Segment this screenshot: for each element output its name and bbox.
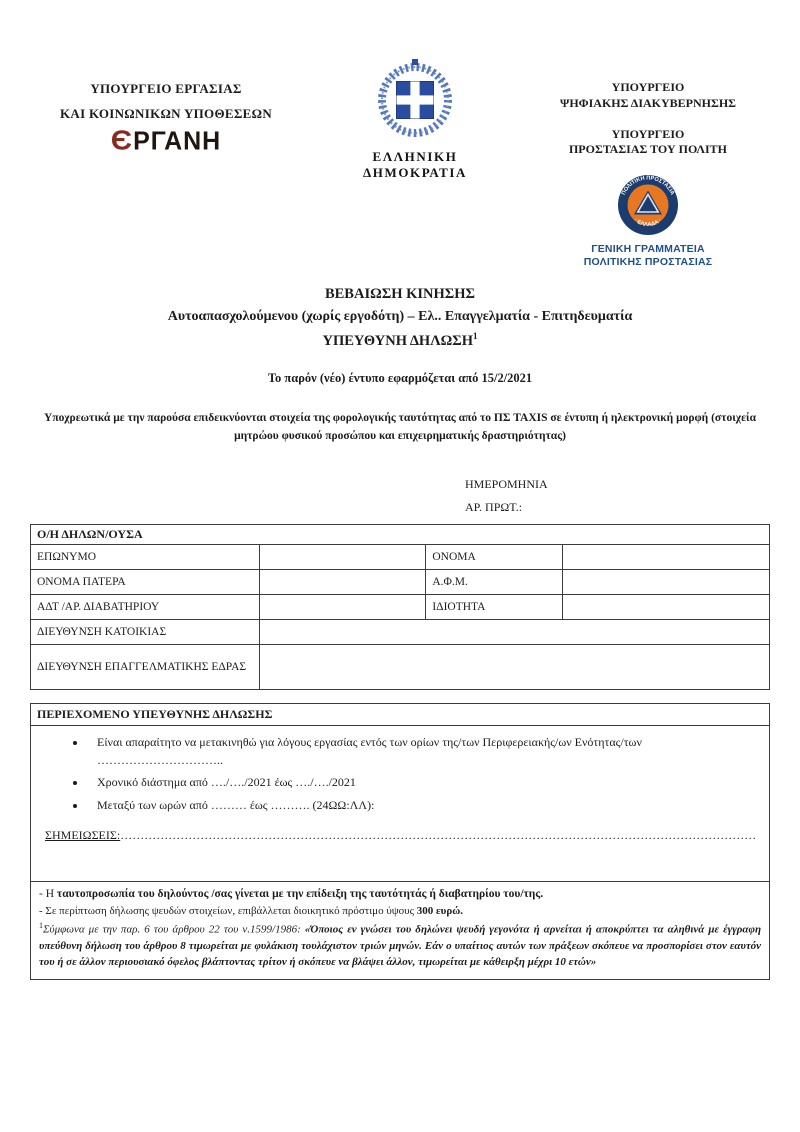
civil-protection-emblem-icon: ΠΟΛΙΤΙΚΗ ΠΡΟΣΤΑΣΙΑ · ΕΛΛΑΔΑ ·	[617, 174, 679, 236]
footnote-fine: - Σε περίπτωση δήλωσης ψευδών στοιχείων,…	[39, 903, 761, 920]
meta-block: ΗΜΕΡΟΜΗΝΙΑ ΑΡ. ΠΡΩΤ.:	[465, 473, 800, 520]
field-afm-label: Α.Φ.Μ.	[426, 570, 563, 595]
table-row: Ο/Η ΔΗΛΩΝ/ΟΥΣΑ	[31, 525, 770, 545]
document-header: ΥΠΟΥΡΓΕΙΟ ΕΡΓΑΣΙΑΣ ΚΑΙ ΚΟΙΝΩΝΙΚΩΝ ΥΠΟΘΕΣ…	[0, 0, 800, 268]
ministries-right-block: ΥΠΟΥΡΓΕΙΟ ΨΗΦΙΑΚΗΣ ΔΙΑΚΥΒΕΡΝΗΣΗΣ ΥΠΟΥΡΓΕ…	[540, 80, 756, 158]
title-footnote-ref: 1	[473, 331, 478, 341]
cp-caption-line2: ΠΟΛΙΤΙΚΗΣ ΠΡΟΣΤΑΣΙΑΣ	[540, 256, 756, 269]
hellenic-republic-caption: ΕΛΛΗΝΙΚΗ ΔΗΜΟΚΡΑΤΙΑ	[330, 149, 500, 181]
field-capacity-label: ΙΔΙΟΤΗΤΑ	[426, 595, 563, 620]
cp-caption-line1: ΓΕΝΙΚΗ ΓΡΑΜΜΑΤΕΙΑ	[540, 243, 756, 256]
ergani-logo-icon: Є	[111, 127, 132, 155]
ministry-labour-line1: ΥΠΟΥΡΓΕΙΟ ΕΡΓΑΣΙΑΣ	[52, 76, 280, 101]
field-afm-input[interactable]	[563, 570, 770, 595]
title-line1: ΒΕΒΑΙΩΣΗ ΚΙΝΗΣΗΣ	[0, 286, 800, 303]
bullet-time-period: Χρονικό διάστημα από …./…./2021 έως …./……	[87, 774, 757, 791]
bullet-hours: Μεταξύ των ωρών από ……… έως ………. (24ΩΩ:Λ…	[87, 797, 757, 814]
ministry-labour-block: ΥΠΟΥΡΓΕΙΟ ΕΡΓΑΣΙΑΣ ΚΑΙ ΚΟΙΝΩΝΙΚΩΝ ΥΠΟΘΕΣ…	[52, 76, 280, 126]
protocol-label: ΑΡ. ΠΡΩΤ.:	[465, 496, 800, 519]
declaration-content-box: ΠΕΡΙΕΧΟΜΕΝΟ ΥΠΕΥΘΥΝΗΣ ΔΗΛΩΣΗΣ Είναι απαρ…	[30, 703, 770, 882]
title-line2: Αυτοαπασχολούμενου (χωρίς εργοδότη) – Ελ…	[0, 309, 800, 325]
civil-protection-caption: ΓΕΝΙΚΗ ΓΡΑΜΜΑΤΕΙΑ ΠΟΛΙΤΙΚΗΣ ΠΡΟΣΤΑΣΙΑΣ	[540, 243, 756, 269]
field-name-input[interactable]	[563, 545, 770, 570]
field-capacity-input[interactable]	[563, 595, 770, 620]
field-business-address-input[interactable]	[260, 645, 770, 690]
ministry-citizen-line2: ΠΡΟΣΤΑΣΙΑΣ ΤΟΥ ΠΟΛΙΤΗ	[540, 142, 756, 158]
notes-label: ΣΗΜΕΙΩΣΕΙΣ:	[45, 828, 120, 842]
document-page: { "page": { "header": { "ministry_labour…	[0, 0, 800, 1132]
greek-national-emblem-icon	[373, 58, 457, 142]
bullet-movement-reason: Είναι απαραίτητο να μετακινηθώ για λόγου…	[87, 734, 757, 769]
footnote-law: 1Σύμφωνα με την παρ. 6 του άρθρου 22 του…	[39, 920, 761, 971]
table-row: ΑΔΤ /ΑΡ. ΔΙΑΒΑΤΗΡΙΟΥ ΙΔΙΟΤΗΤΑ	[31, 595, 770, 620]
field-father-name-input[interactable]	[260, 570, 426, 595]
ministry-labour-line2: ΚΑΙ ΚΟΙΝΩΝΙΚΩΝ ΥΠΟΘΕΣΕΩΝ	[52, 101, 280, 126]
ministry-digital-line1: ΥΠΟΥΡΓΕΙΟ	[540, 80, 756, 96]
title-line3: ΥΠΕΥΘΥΝΗ ΔΗΛΩΣΗ1	[0, 331, 800, 350]
taxis-notice: Υποχρεωτικά με την παρούσα επιδεικνύοντα…	[43, 409, 757, 446]
field-surname-input[interactable]	[260, 545, 426, 570]
table-row: ΕΠΩΝΥΜΟ ΟΝΟΜΑ	[31, 545, 770, 570]
effective-date-note: Το παρόν (νέο) έντυπο εφαρμόζεται από 15…	[0, 371, 800, 386]
declaration-content-header: ΠΕΡΙΕΧΟΜΕΝΟ ΥΠΕΥΘΥΝΗΣ ΔΗΛΩΣΗΣ	[31, 704, 769, 726]
field-father-name-label: ΟΝΟΜΑ ΠΑΤΕΡΑ	[31, 570, 260, 595]
notes-dotted-blank[interactable]: ……………………………………………………………………………………………………………	[120, 828, 757, 842]
ministry-citizen-line1: ΥΠΟΥΡΓΕΙΟ	[540, 127, 756, 143]
document-title: ΒΕΒΑΙΩΣΗ ΚΙΝΗΣΗΣ Αυτοαπασχολούμενου (χωρ…	[0, 286, 800, 350]
field-id-passport-input[interactable]	[260, 595, 426, 620]
footnotes-box: - Η ταυτοπροσωπία του δηλούντος /σας γίν…	[30, 881, 770, 980]
declaration-bullet-list: Είναι απαραίτητο να μετακινηθώ για λόγου…	[43, 734, 757, 814]
declaration-content-body: Είναι απαραίτητο να μετακινηθώ για λόγου…	[31, 726, 769, 881]
ministry-digital-block: ΥΠΟΥΡΓΕΙΟ ΨΗΦΙΑΚΗΣ ΔΙΑΚΥΒΕΡΝΗΣΗΣ	[540, 80, 756, 112]
field-home-address-input[interactable]	[260, 620, 770, 645]
hellenic-republic-block: ΕΛΛΗΝΙΚΗ ΔΗΜΟΚΡΑΤΙΑ	[330, 58, 500, 181]
field-name-label: ΟΝΟΜΑ	[426, 545, 563, 570]
date-label: ΗΜΕΡΟΜΗΝΙΑ	[465, 473, 800, 496]
civil-protection-block: ΠΟΛΙΤΙΚΗ ΠΡΟΣΤΑΣΙΑ · ΕΛΛΑΔΑ · ΓΕΝΙΚΗ ΓΡΑ…	[540, 174, 756, 269]
notes-line: ΣΗΜΕΙΩΣΕΙΣ:………………………………………………………………………………	[45, 828, 757, 843]
field-home-address-label: ΔΙΕΥΘΥΝΣΗ ΚΑΤΟΙΚΙΑΣ	[31, 620, 260, 645]
ministry-citizen-block: ΥΠΟΥΡΓΕΙΟ ΠΡΟΣΤΑΣΙΑΣ ΤΟΥ ΠΟΛΙΤΗ	[540, 127, 756, 159]
ergani-logo: Є ΡΓΑΝΗ	[52, 126, 280, 156]
table-row: ΟΝΟΜΑ ΠΑΤΕΡΑ Α.Φ.Μ.	[31, 570, 770, 595]
table-row: ΔΙΕΥΘΥΝΣΗ ΚΑΤΟΙΚΙΑΣ	[31, 620, 770, 645]
ergani-logo-text: ΡΓΑΝΗ	[133, 126, 221, 156]
footnote-identity: - Η ταυτοπροσωπία του δηλούντος /σας γίν…	[39, 886, 761, 903]
declarant-table-header: Ο/Η ΔΗΛΩΝ/ΟΥΣΑ	[31, 525, 770, 545]
field-business-address-label: ΔΙΕΥΘΥΝΣΗ ΕΠΑΓΓΕΛΜΑΤΙΚΗΣ ΕΔΡΑΣ	[31, 645, 260, 690]
field-surname-label: ΕΠΩΝΥΜΟ	[31, 545, 260, 570]
table-row: ΔΙΕΥΘΥΝΣΗ ΕΠΑΓΓΕΛΜΑΤΙΚΗΣ ΕΔΡΑΣ	[31, 645, 770, 690]
field-id-passport-label: ΑΔΤ /ΑΡ. ΔΙΑΒΑΤΗΡΙΟΥ	[31, 595, 260, 620]
declarant-table: Ο/Η ΔΗΛΩΝ/ΟΥΣΑ ΕΠΩΝΥΜΟ ΟΝΟΜΑ ΟΝΟΜΑ ΠΑΤΕΡ…	[30, 524, 770, 690]
ministry-digital-line2: ΨΗΦΙΑΚΗΣ ΔΙΑΚΥΒΕΡΝΗΣΗΣ	[540, 96, 756, 112]
